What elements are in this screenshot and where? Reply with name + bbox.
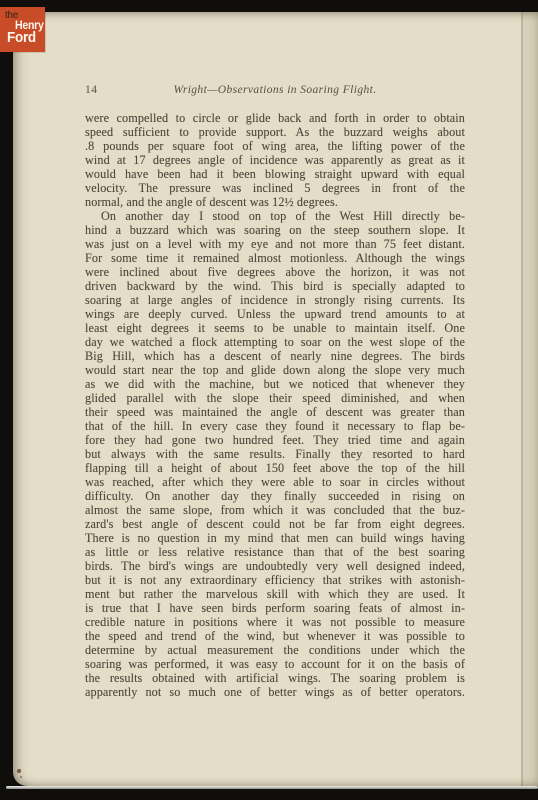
- paper-speck: [20, 776, 22, 778]
- text-line: wings are deeply curved. Unless the upwa…: [85, 307, 465, 321]
- text-line: day we watched a flock attempting to soa…: [85, 335, 465, 349]
- text-line: but always with the same results. Finall…: [85, 447, 465, 461]
- body-text: were compelled to circle or glide back a…: [85, 111, 465, 699]
- text-line: glided parallel with the slope their spe…: [85, 391, 465, 405]
- text-line: hind a buzzard which was soaring on the …: [85, 223, 465, 237]
- text-line: almost the same slope, from which it was…: [85, 503, 465, 517]
- text-line: .8 pounds per square foot of wing area, …: [85, 139, 465, 153]
- text-line: apparently not so much one of better win…: [85, 685, 465, 699]
- text-line: normal, and the angle of descent was 12½…: [85, 195, 465, 209]
- text-line: birds. The bird's wings are undoubtedly …: [85, 559, 465, 573]
- text-line: the results obtained with artificial win…: [85, 671, 465, 685]
- text-line: their speed was maintained the angle of …: [85, 405, 465, 419]
- text-line: Big Hill, which has a descent of nearly …: [85, 349, 465, 363]
- text-line: zard's best angle of descent could not b…: [85, 517, 465, 531]
- text-line: is true that I have seen birds perform s…: [85, 601, 465, 615]
- text-line: For some time it remained almost motionl…: [85, 251, 465, 265]
- text-line: as little or less relative resistance th…: [85, 545, 465, 559]
- text-line: difficulty. On another day they finally …: [85, 489, 465, 503]
- text-line: determine by actual measurement the cond…: [85, 643, 465, 657]
- text-line: On another day I stood on top of the Wes…: [85, 209, 465, 223]
- text-line: credible nature in positions where it wa…: [85, 615, 465, 629]
- text-line: the speed and trend of the wind, but whe…: [85, 629, 465, 643]
- paper-speck: [17, 769, 21, 773]
- text-line: driven backward by the wind. This bird i…: [85, 279, 465, 293]
- text-line: was just on a level with my eye and not …: [85, 237, 465, 251]
- text-line: velocity. The pressure was inclined 5 de…: [85, 181, 465, 195]
- text-line: ment but rather the marvelous skill with…: [85, 587, 465, 601]
- text-line: fore they had gone two hundred feet. The…: [85, 433, 465, 447]
- text-line: flapping till a height of about 150 feet…: [85, 461, 465, 475]
- scanned-page: 14 Wright—Observations in Soaring Flight…: [13, 12, 538, 786]
- page-right-edge-shade: [523, 12, 538, 786]
- text-line: There is no question in my mind that men…: [85, 531, 465, 545]
- scan-viewport: { "logo": { "the": "the", "henry": "Henr…: [0, 0, 538, 800]
- text-line: but it is not any extraordinary efficien…: [85, 573, 465, 587]
- text-line: least eight degrees it seems to be unabl…: [85, 321, 465, 335]
- text-line: wind at 17 degrees angle of incidence wa…: [85, 153, 465, 167]
- text-line: would have been had it been blowing stra…: [85, 167, 465, 181]
- text-line: was reached, after which they were able …: [85, 475, 465, 489]
- text-line: soaring was performed, it was easy to ac…: [85, 657, 465, 671]
- text-line: speed sufficient to provide support. As …: [85, 125, 465, 139]
- page-bottom-edge-highlight: [6, 786, 538, 789]
- text-line: soaring at large angles of incidence in …: [85, 293, 465, 307]
- text-line: as we did with the machine, but we notic…: [85, 377, 465, 391]
- text-line: were inclined about five degrees above t…: [85, 265, 465, 279]
- text-line: were compelled to circle or glide back a…: [85, 111, 465, 125]
- logo-word-ford: Ford: [7, 30, 36, 45]
- text-line: that of the hill. In every case they fou…: [85, 419, 465, 433]
- text-line: would start near the top and glide down …: [85, 363, 465, 377]
- page-edge-line: [521, 12, 523, 786]
- henry-ford-logo: the Henry Ford: [0, 7, 45, 52]
- running-header: Wright—Observations in Soaring Flight.: [85, 84, 465, 98]
